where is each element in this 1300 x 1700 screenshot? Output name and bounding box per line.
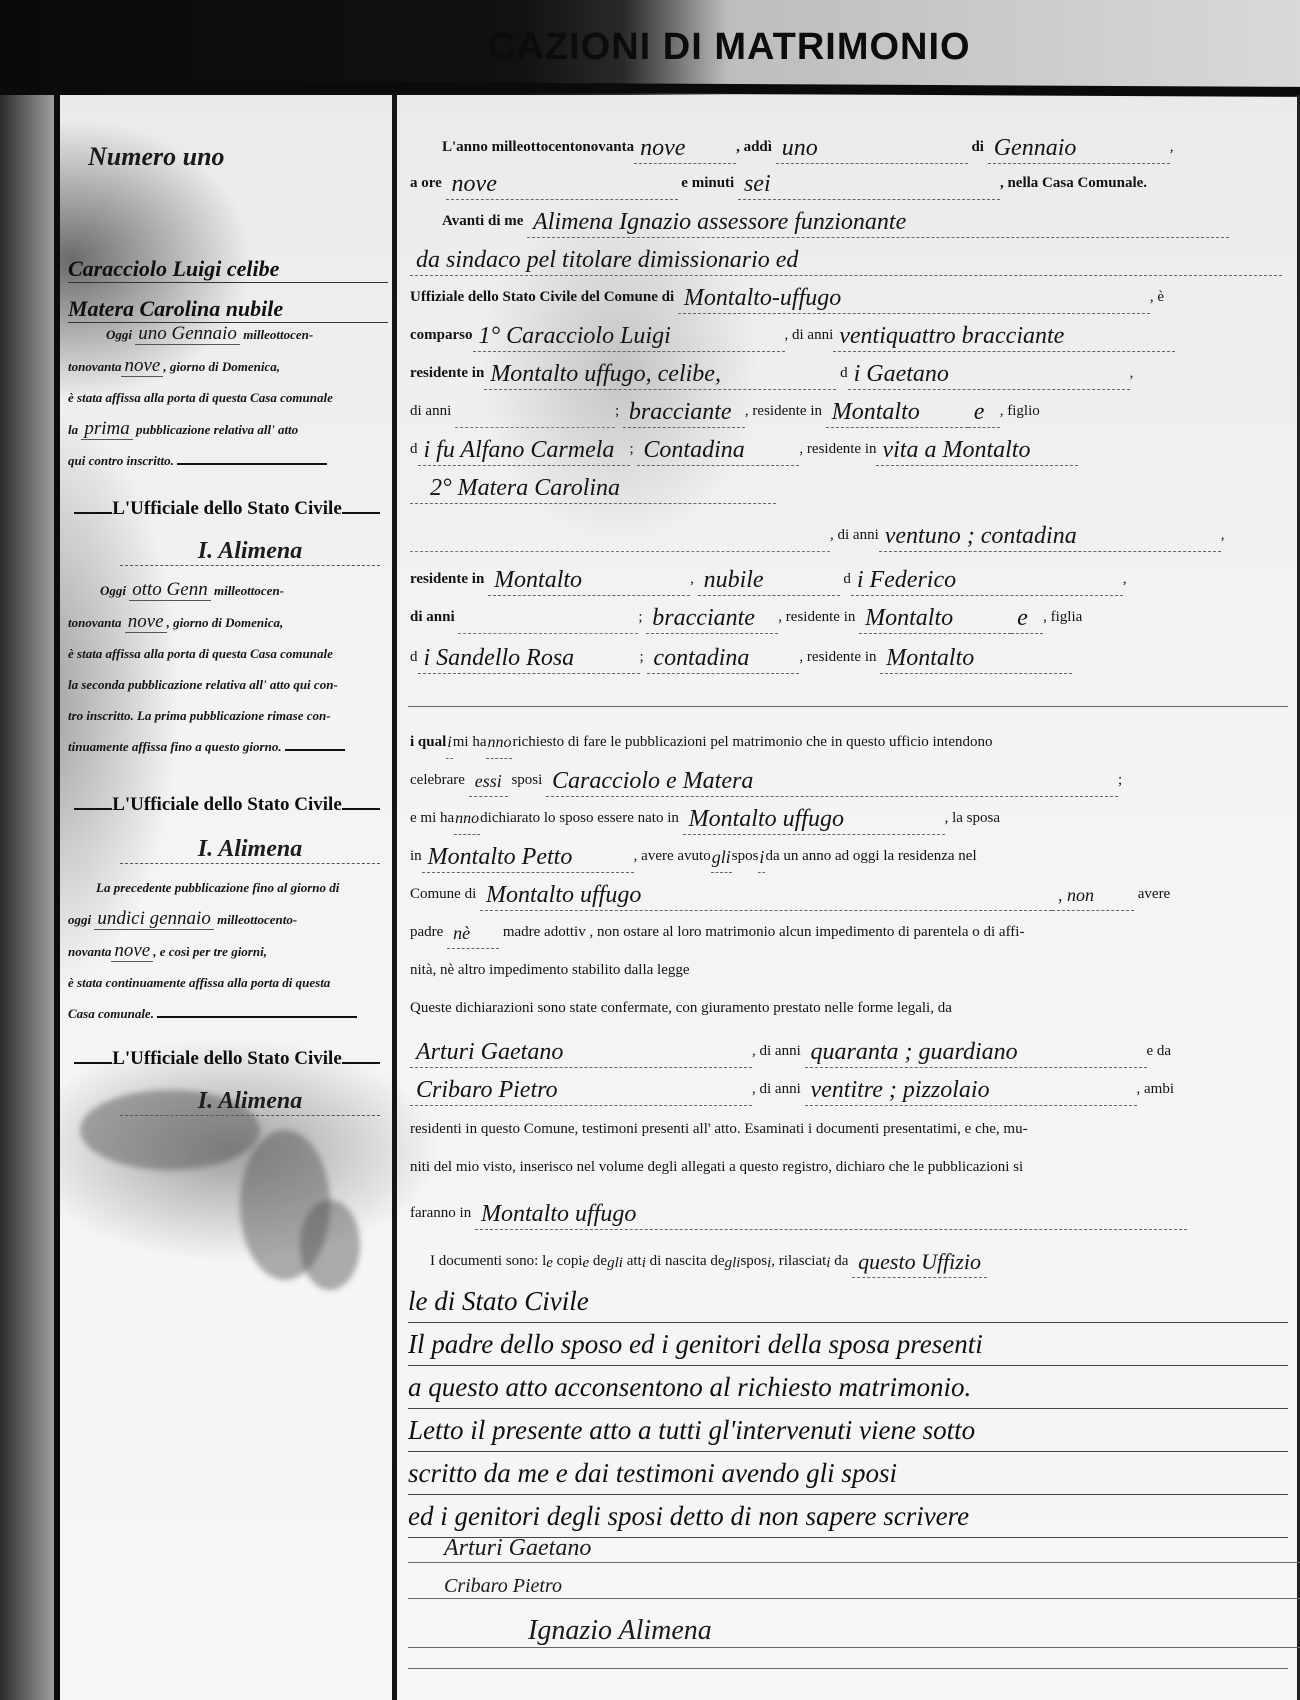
line-residents: residenti in questo Comune, testimoni pr… [410,1112,1290,1146]
column-divider [392,95,397,1700]
line-attachments: niti del mio visto, inserisco nel volume… [410,1150,1290,1184]
line-witness-1: Arturi Gaetano, di anni quaranta ; guard… [410,1034,1290,1068]
line-publication-place: faranno in Montalto uffugo [410,1196,1290,1230]
first-pub-ordinal-field: prima [81,418,132,440]
handwritten-line: ed i genitori degli sposi detto di non s… [408,1495,1288,1538]
line-groom-residence: residente inMontalto uffugo, celibe, di … [410,356,1290,390]
third-pub-year-field: nove [111,940,153,962]
line-time: a ore nove e minuti sei, nella Casa Comu… [410,166,1290,200]
signature-officer: Ignazio Alimena [408,1615,1300,1648]
signature-witness-2: Cribaro Pietro [408,1575,1300,1599]
stain [300,1200,360,1290]
left-margin [0,95,60,1700]
officer-signature-2: I. Alimena [120,836,380,864]
line-celebrate: celebrare essi sposi Caracciolo e Matera… [410,763,1290,797]
line-officer-cont: da sindaco pel titolare dimissionario ed [410,242,1290,276]
line-groom-mother: di fu Alfano Carmela; Contadina, residen… [410,432,1290,466]
line-declarations: Queste dichiarazioni sono state conferma… [410,991,1290,1025]
third-publication-notice: La precedente pubblicazione fino al gior… [68,872,386,1029]
line-bride-mother: di Sandello Rosa; contadina, residente i… [410,640,1290,674]
line-bride-born: inMontalto Petto, avere avutoglisposida … [410,839,1290,873]
officer-label-2: L'Ufficiale dello Stato Civile [68,794,386,816]
line-groom-born: e mi hannodichiarato lo sposo essere nat… [410,801,1290,835]
document-title: CAZIONI DI MATRIMONIO [488,26,971,69]
line-comune: Uffiziale dello Stato Civile del Comune … [410,280,1290,314]
handwritten-line: le di Stato Civile [408,1280,1288,1323]
first-publication-notice: Oggi uno Gennaio milleottocen- tonovanta… [68,318,386,476]
line-law: nità, nè altro impedimento stabilito dal… [410,953,1290,987]
names-line-groom: Caracciolo Luigi celibe [68,256,388,283]
handwritten-line: scritto da me e dai testimoni avendo gli… [408,1452,1288,1495]
line-groom: comparso1° Caracciolo Luigi, di annivent… [410,318,1290,352]
line-bride-age: , di anniventuno ; contadina, [410,518,1290,552]
line-officer: Avanti di me Alimena Ignazio assessore f… [410,204,1290,238]
handwritten-line: Letto il presente atto a tutti gl'interv… [408,1409,1288,1452]
second-pub-year-field: nove [125,611,167,633]
document-page: CAZIONI DI MATRIMONIO Numero uno Caracci… [0,0,1300,1700]
first-pub-year-field: nove [121,355,163,377]
line-bride-residence: residente in Montalto, nubile di Federic… [410,562,1290,596]
second-pub-day-field: otto Genn [129,579,210,601]
third-pub-day-field: undici gennaio [94,908,213,930]
first-pub-day-field: uno Gennaio [135,323,240,345]
line-bride-father: di anni ; bracciante, residente in Monta… [410,600,1290,634]
line-witness-2: Cribaro Pietro, di anni ventitre ; pizzo… [410,1072,1290,1106]
officer-signature-3: I. Alimena [120,1088,380,1116]
blank-rule [408,706,1288,707]
line-residence-comune: Comune di Montalto uffugo, non avere [410,877,1290,911]
handwritten-notes: le di Stato Civile Il padre dello sposo … [408,1280,1288,1538]
handwritten-line: Il padre dello sposo ed i genitori della… [408,1323,1288,1366]
second-publication-notice: Oggi otto Genn milleottocen- tonovanta n… [68,574,386,762]
officer-label-3: L'Ufficiale dello Stato Civile [68,1048,386,1070]
line-groom-father: di anni ; bracciante, residente in Monta… [410,394,1290,428]
register-number: Numero uno [88,142,225,172]
line-year-date: L'anno milleottocentonovantanove, addì u… [410,130,1290,164]
officer-signature-1: I. Alimena [120,538,380,566]
handwritten-line: a questo atto acconsentono al richiesto … [408,1366,1288,1409]
line-impediment: padre nè madre adottiv , non ostare al l… [410,915,1290,949]
officer-label-1: L'Ufficiale dello Stato Civile [68,498,386,520]
blank-rule [408,1668,1288,1669]
line-request: i qualimi hannorichiesto di fare le pubb… [410,725,1290,759]
line-documents: I documenti sono: le copie degli atti di… [410,1244,1290,1278]
signature-witness-1: Arturi Gaetano [408,1535,1300,1563]
line-bride: 2° Matera Carolina [410,470,1290,504]
